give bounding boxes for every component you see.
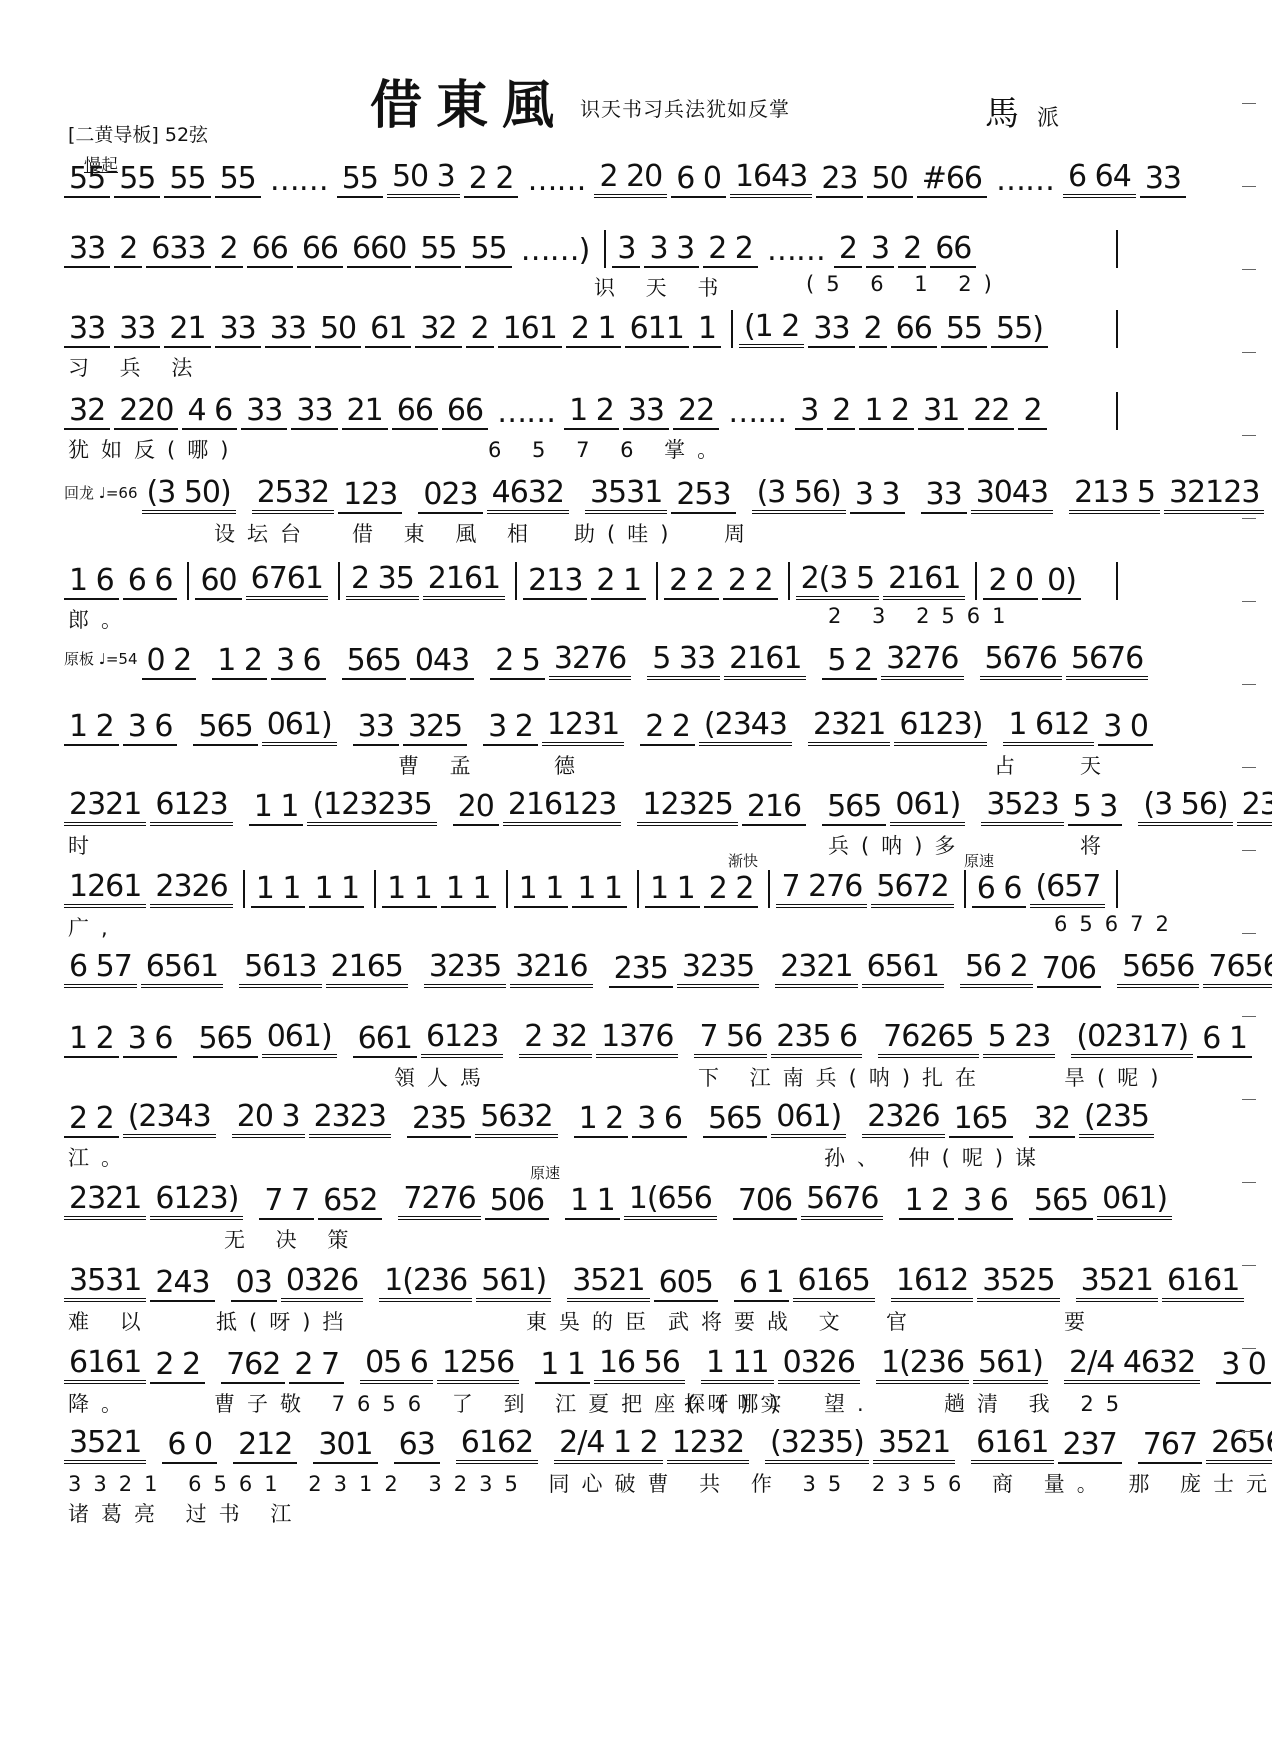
note-group: 2 5 <box>490 644 545 680</box>
note-group: 66 <box>392 394 438 430</box>
lyric-text: 天 <box>1080 750 1113 780</box>
note-group: 2 1 <box>591 564 646 600</box>
lyric-text: 习 兵 法 <box>68 352 204 382</box>
note-group: 2 2 <box>704 872 759 908</box>
note-group: 611 <box>625 312 689 348</box>
note-group: 213 <box>523 564 587 600</box>
note-group: 3521 <box>64 1426 146 1464</box>
lyric-text: 要 <box>1064 1306 1097 1336</box>
note-group: 6162 <box>456 1426 538 1464</box>
note-group: 05 6 <box>360 1346 433 1384</box>
note-group: 0326 <box>778 1346 860 1384</box>
note-group: 1261 <box>64 870 146 908</box>
note-group: 1 2 <box>64 1022 119 1058</box>
note-group: 1(236 <box>379 1264 472 1302</box>
note-group: ……) <box>516 234 595 268</box>
end-bar-line <box>1116 310 1118 348</box>
note-group: 2 <box>466 312 494 348</box>
lyric-text: 官 <box>886 1306 919 1336</box>
note-group: 66 <box>930 232 976 268</box>
note-group: 216123 <box>503 788 622 826</box>
note-group: 325 <box>403 710 467 746</box>
lyric-text: 趟清 我 25 <box>944 1388 1131 1418</box>
note-group: 6161 <box>64 1346 146 1384</box>
note-group: 33 <box>623 394 669 430</box>
note-group: 50 3 <box>387 160 460 198</box>
bar-line <box>338 562 340 600</box>
lyrics-line: 3321 6561 2312 3235 同心破曹 共 作 35 2356 商 量… <box>64 1468 1124 1496</box>
note-group: 6 0 <box>671 162 726 198</box>
note-group: 55 <box>114 162 160 198</box>
margin-dash-mark <box>1242 1431 1256 1432</box>
note-group: 2 7 <box>289 1348 344 1384</box>
note-group: 3 6 <box>271 644 326 680</box>
note-group: 3521 <box>873 1426 955 1464</box>
note-group: 661 <box>353 1022 417 1058</box>
note-group: (235 <box>1079 1100 1154 1138</box>
note-group: 2 32 <box>519 1020 592 1058</box>
lyrics-line: 江。孙、 仲(呢)谋 <box>64 1142 1124 1170</box>
note-group: (123235 <box>307 788 436 826</box>
note-group: 023 <box>418 478 482 514</box>
note-group: (657 <box>1030 870 1105 908</box>
note-group: 1 1 <box>565 1184 620 1220</box>
note-line: 原板 ♩=540 21 23 65650432 532765 3321615 2… <box>64 640 1124 680</box>
note-group: 33 <box>808 312 854 348</box>
note-group: 3216 <box>510 950 592 988</box>
note-group: 1643 <box>730 160 812 198</box>
note-group: 6561 <box>862 950 944 988</box>
note-group: 6 1 <box>734 1266 789 1302</box>
note-group: 2161 <box>883 562 965 600</box>
note-group: 2 <box>215 232 243 268</box>
note-group: 1 1 <box>645 872 700 908</box>
note-group: 33 <box>353 710 399 746</box>
note-group: 2 1 <box>566 312 621 348</box>
note-group: 21 <box>342 394 388 430</box>
note-group: 216 <box>742 790 806 826</box>
note-group: 7 56 <box>694 1020 767 1058</box>
note-group: 660 <box>347 232 411 268</box>
note-group: 22 <box>968 394 1014 430</box>
lyric-text: 助(哇) <box>574 518 680 548</box>
note-group: 2/4 4632 <box>1064 1346 1200 1384</box>
margin-dash-mark <box>1242 1348 1256 1349</box>
bar-line <box>656 562 658 600</box>
note-group: 253 <box>671 478 735 514</box>
note-group: 32 <box>415 312 461 348</box>
note-group: …… <box>723 396 791 430</box>
note-group: 3 <box>612 232 640 268</box>
right-margin-marks <box>1232 0 1272 1754</box>
note-group: 061) <box>262 1020 337 1058</box>
lyric-text: 周 <box>724 518 757 548</box>
note-group: 3 3 <box>850 478 905 514</box>
note-group: 1612 <box>891 1264 973 1302</box>
margin-dash-mark <box>1242 269 1256 270</box>
note-group: 3525 <box>977 1264 1059 1302</box>
note-group: 6761 <box>246 562 328 600</box>
score-row: 35216 02123016361622/4 1 21232(3235)3521… <box>64 1424 1124 1480</box>
mode-label: [二黄导板] 52弦 <box>68 120 208 147</box>
lyric-text: 望. <box>824 1388 876 1418</box>
lyrics-line: 犹如反(哪)6 5 7 6 掌。 <box>64 434 1124 462</box>
note-group: 2 2 <box>150 1348 205 1384</box>
note-line: 1 23 6565061)333253 212312 2(23432321612… <box>64 706 1124 746</box>
note-group: 6123) <box>150 1182 243 1220</box>
note-group: 31 <box>918 394 964 430</box>
lyric-text: 下 江南兵(呐)扎在 <box>698 1062 988 1092</box>
lyrics-line: 广,65672 <box>64 912 1124 940</box>
note-line: 1 66 66067612 3521612132 12 22 22(3 5216… <box>64 560 1124 600</box>
note-group: 061) <box>890 788 965 826</box>
note-group: 66 <box>297 232 343 268</box>
note-group: 33 <box>114 312 160 348</box>
note-group: 2321 <box>64 1182 146 1220</box>
lyric-text: 兵(呐)多 <box>828 830 967 860</box>
note-group: 2 2 <box>664 564 719 600</box>
note-group: 6123 <box>421 1020 503 1058</box>
lyric-text: 犹如反(哪) <box>68 434 240 464</box>
lyrics-line: 郎。2 3 2561 <box>64 604 1124 632</box>
note-group: 5656 <box>1117 950 1199 988</box>
note-group: 12325 <box>637 788 737 826</box>
note-group: 5676 <box>1066 642 1148 680</box>
score-row: 1 23 6565061)333253 212312 2(23432321612… <box>64 706 1124 762</box>
note-group: 3043 <box>971 476 1053 514</box>
lyric-text: 東吳的臣 <box>526 1306 658 1336</box>
note-group: 061) <box>771 1100 846 1138</box>
note-group: 33 <box>64 232 110 268</box>
note-group: 33 <box>291 394 337 430</box>
score-row: 333321333350613221612 16111(1 2332665555… <box>64 308 1124 364</box>
bar-line <box>964 870 966 908</box>
score-row: 61612 27622 705 612561 116 561 1103261(2… <box>64 1344 1124 1400</box>
bar-line <box>637 870 639 908</box>
note-group: 565 <box>193 710 257 746</box>
lyrics-line: 降。曹子敬 7656 了 到 江夏把座(呀)实探(哪)望.趟清 我 25 <box>64 1388 1124 1416</box>
bar-line <box>374 870 376 908</box>
note-group: 1232 <box>667 1426 749 1464</box>
margin-dash-mark <box>1242 1099 1256 1100</box>
margin-dash-mark <box>1242 1265 1256 1266</box>
margin-dash-mark <box>1242 850 1256 851</box>
note-group: 1 612 <box>1003 708 1094 746</box>
note-group: 2 2 <box>640 710 695 746</box>
note-group: 2321 <box>64 788 146 826</box>
score-row: 回龙 ♩=66(3 50)253212302346323531253(3 56)… <box>64 474 1124 530</box>
score-row: 35312430303261(236561)35216056 161651612… <box>64 1262 1124 1318</box>
note-group: …… <box>265 164 333 198</box>
note-group: 1 1 <box>572 872 627 908</box>
note-group: 561) <box>476 1264 551 1302</box>
bar-line <box>731 310 733 348</box>
note-group: 5676 <box>801 1182 883 1220</box>
note-group: 55 <box>941 312 987 348</box>
note-group: 3 6 <box>632 1102 687 1138</box>
lyric-text: 时 <box>68 830 101 860</box>
note-group: 7 276 <box>776 870 867 908</box>
note-group: 6 57 <box>64 950 137 988</box>
note-group: 1 1 <box>309 872 364 908</box>
note-group: 1 6 <box>64 564 119 600</box>
note-group: 2326 <box>862 1100 944 1138</box>
margin-dash-mark <box>1242 601 1256 602</box>
note-group: 3 6 <box>123 1022 178 1058</box>
lyrics-line: 領人馬下 江南兵(呐)扎在旱(呢) <box>64 1062 1124 1090</box>
note-group: 1231 <box>542 708 624 746</box>
note-group: (3 56) <box>752 476 846 514</box>
title-block: 借東風 识天书习兵法犹如反掌 <box>370 62 790 132</box>
note-group: 6123) <box>894 708 987 746</box>
note-line: 2 2(234320 3232323556321 23 6565061)2326… <box>64 1098 1124 1138</box>
bar-line <box>187 562 189 600</box>
margin-dash-mark <box>1242 103 1256 104</box>
section-marking: 原板 ♩=54 <box>64 652 138 668</box>
note-group: (3235) <box>765 1426 869 1464</box>
note-group: 565 <box>342 644 406 680</box>
note-group: 0) <box>1042 564 1081 600</box>
score-title: 借東風 <box>370 80 568 132</box>
lyrics-line: 识 天 书(5 6 1 2) <box>64 272 1124 300</box>
note-group: 4632 <box>487 476 569 514</box>
note-group: 6561 <box>141 950 223 988</box>
note-group: 5 33 <box>647 642 720 680</box>
note-group: 2532 <box>252 476 334 514</box>
score-subtitle: 识天书习兵法犹如反掌 <box>580 93 790 122</box>
note-group: 1376 <box>596 1020 678 1058</box>
lyrics-line: 无 决 策 <box>64 1224 1124 1252</box>
note-group: 237 <box>1058 1428 1122 1464</box>
end-bar-line <box>1116 870 1118 908</box>
note-group: 165 <box>949 1102 1013 1138</box>
note-line: 35312430303261(236561)35216056 161651612… <box>64 1262 1124 1302</box>
note-group: 33 <box>64 312 110 348</box>
note-group: 5 3 <box>1068 790 1123 826</box>
margin-dash-mark <box>1242 767 1256 768</box>
note-group: 2165 <box>326 950 408 988</box>
margin-dash-mark <box>1242 1016 1256 1017</box>
note-group: 1 <box>693 312 721 348</box>
school-name: 馬 <box>985 94 1019 134</box>
note-group: 1 11 <box>701 1346 774 1384</box>
lyric-text: 曹 孟 <box>398 750 483 780</box>
note-group: 55) <box>991 312 1048 348</box>
note-group: 66 <box>247 232 293 268</box>
lyric-text: 降。 <box>68 1388 134 1418</box>
margin-dash-mark <box>1242 518 1256 519</box>
note-line: 6 57656156132165323532162353235232165615… <box>64 948 1124 988</box>
lyrics-line <box>64 992 1124 1020</box>
note-group: 3 0 <box>1098 710 1153 746</box>
note-group: 2 <box>859 312 887 348</box>
note-group: …… <box>492 396 560 430</box>
note-group: (2343 <box>699 708 792 746</box>
tempo-annotation: 原速 <box>964 850 994 871</box>
note-group: (2343 <box>123 1100 216 1138</box>
note-group: 2/4 1 2 <box>554 1426 663 1464</box>
school-label: 馬派 <box>985 86 1059 135</box>
note-group: 1 1 <box>382 872 437 908</box>
note-group: 561) <box>973 1346 1048 1384</box>
note-group: 7 7 <box>259 1184 314 1220</box>
lyric-text: 領人馬 <box>394 1062 493 1092</box>
note-group: 652 <box>318 1184 382 1220</box>
note-group: 565 <box>1029 1184 1093 1220</box>
note-group: 3 3 <box>644 232 699 268</box>
note-group: 2 35 <box>346 562 419 600</box>
lyric-text: 无 决 策 <box>224 1224 360 1254</box>
lyric-text: 郎。 <box>68 604 134 634</box>
lyric-text: 识 天 书 <box>594 272 730 302</box>
note-group: 506 <box>485 1184 549 1220</box>
note-group: 2321 <box>808 708 890 746</box>
lyrics-line: 习 兵 法 <box>64 352 1124 380</box>
note-group: 50 <box>867 162 913 198</box>
note-group: 55 <box>415 232 461 268</box>
note-group: 1 2 <box>564 394 619 430</box>
note-group: 1 1 <box>249 790 304 826</box>
note-group: 56 2 <box>960 950 1033 988</box>
note-group: 1 1 <box>441 872 496 908</box>
lyric-text: 3321 6561 2312 3235 同心破曹 共 作 35 2356 商 量… <box>68 1468 1272 1498</box>
note-line: 322204 63333216666……1 23322……321 231222 <box>64 390 1124 430</box>
margin-dash-mark <box>1242 186 1256 187</box>
note-group: 33 <box>215 312 261 348</box>
note-line: 55555555……5550 32 2……2 206 016432350#66…… <box>64 158 1124 198</box>
margin-dash-mark <box>1242 1182 1256 1183</box>
note-group: 161 <box>498 312 562 348</box>
note-group: (02317) <box>1071 1020 1193 1058</box>
score-page: 借東風 识天书习兵法犹如反掌 馬派 [二黄导板] 52弦 慢起 55555555… <box>0 0 1272 1754</box>
note-group: 32 <box>64 394 110 430</box>
lyric-text: 2 3 2561 <box>828 604 1018 628</box>
note-group: 1 2 <box>574 1102 629 1138</box>
note-group: 1 2 <box>64 710 119 746</box>
margin-dash-mark <box>1242 435 1256 436</box>
note-group: 5676 <box>980 642 1062 680</box>
note-group: …… <box>762 234 830 268</box>
note-group: (3 50) <box>142 476 236 514</box>
lyric-text: 武将要战 文 <box>668 1306 852 1336</box>
note-group: 3235 <box>424 950 506 988</box>
note-group: 301 <box>313 1428 377 1464</box>
note-group: 061) <box>262 708 337 746</box>
note-line: 23216123)7 765272765061 11(65670656761 2… <box>64 1180 1124 1220</box>
note-group: 3276 <box>881 642 963 680</box>
lyric-text: 旱(呢) <box>1064 1062 1170 1092</box>
note-group: 1 1 <box>535 1348 590 1384</box>
lyric-text: 探(哪) <box>684 1388 790 1418</box>
note-group: 55 <box>164 162 210 198</box>
note-group: 03 <box>231 1266 277 1302</box>
note-group: 2(3 5 <box>796 562 880 600</box>
note-group: 3 <box>795 394 823 430</box>
note-group: 3531 <box>585 476 667 514</box>
note-group: 235 <box>407 1102 471 1138</box>
note-group: 2 2 <box>703 232 758 268</box>
note-group: 3531 <box>64 1264 146 1302</box>
note-group: 2 <box>898 232 926 268</box>
note-group: 2161 <box>423 562 505 600</box>
note-group: 1 2 <box>212 644 267 680</box>
note-group: 243 <box>150 1266 214 1302</box>
note-group: 63 <box>394 1428 440 1464</box>
note-group: 55 <box>64 162 110 198</box>
note-group: 6 0 <box>162 1428 217 1464</box>
note-group: 1(236 <box>876 1346 969 1384</box>
note-group: 3521 <box>567 1264 649 1302</box>
lyric-text: 江。 <box>68 1142 134 1172</box>
note-group: 55 <box>337 162 383 198</box>
bar-line <box>243 870 245 908</box>
note-group: 6165 <box>793 1264 875 1302</box>
note-group: (1 2 <box>739 310 804 348</box>
note-group: …… <box>522 164 590 198</box>
note-group: 2 2 <box>64 1102 119 1138</box>
lyric-text: 借 東 風 相 <box>352 518 540 548</box>
note-group: 061) <box>1097 1182 1172 1220</box>
margin-dash-mark <box>1242 352 1256 353</box>
lyrics-line <box>64 202 1124 230</box>
note-group: …… <box>991 164 1059 198</box>
note-group: 20 <box>453 790 499 826</box>
note-group: 22 <box>673 394 719 430</box>
note-line: 1 23 6565061)66161232 3213767 56235 6762… <box>64 1018 1124 1058</box>
note-group: 5613 <box>239 950 321 988</box>
note-group: 706 <box>733 1184 797 1220</box>
note-group: 123 <box>338 478 402 514</box>
note-group: 220 <box>114 394 178 430</box>
note-group: 61 <box>365 312 411 348</box>
note-group: 3 2 <box>483 710 538 746</box>
note-group: 2 2 <box>464 162 519 198</box>
note-group: 1256 <box>437 1346 519 1384</box>
note-group: 0326 <box>281 1264 363 1302</box>
note-group: 6 6 <box>123 564 178 600</box>
note-group: 2323 <box>309 1100 391 1138</box>
note-group: 1 2 <box>899 1184 954 1220</box>
note-group: 6123 <box>150 788 232 826</box>
end-bar-line <box>1116 562 1118 600</box>
bar-line <box>604 230 606 268</box>
note-group: 235 <box>609 952 673 988</box>
score-row: 1 66 66067612 3521612132 12 22 22(3 5216… <box>64 560 1124 616</box>
note-group: 212 <box>233 1428 297 1464</box>
end-bar-line <box>1116 392 1118 430</box>
note-group: #66 <box>917 162 987 198</box>
note-line: 35216 02123016361622/4 1 21232(3235)3521… <box>64 1424 1124 1464</box>
note-group: 1 1 <box>514 872 569 908</box>
note-group: 1(656 <box>624 1182 717 1220</box>
lyric-text: 广, <box>68 912 120 942</box>
note-group: 7276 <box>398 1182 480 1220</box>
note-group: 605 <box>654 1266 718 1302</box>
note-group: 55 <box>215 162 261 198</box>
note-group: 3235 <box>677 950 759 988</box>
note-line: 61612 27622 705 612561 116 561 1103261(2… <box>64 1344 1124 1384</box>
bar-line <box>788 562 790 600</box>
note-group: 5 2 <box>822 644 877 680</box>
note-group: 23 <box>816 162 862 198</box>
lyrics-line: 难 以抵(呀)挡東吳的臣武将要战 文官要 <box>64 1306 1124 1334</box>
note-group: 762 <box>221 1348 285 1384</box>
tempo-annotation: 渐快 <box>728 850 758 871</box>
note-group: 33 <box>241 394 287 430</box>
note-group: 4 6 <box>182 394 237 430</box>
note-group: 706 <box>1037 952 1101 988</box>
note-line: 232161231 1(1232352021612312325216565061… <box>64 786 1124 826</box>
